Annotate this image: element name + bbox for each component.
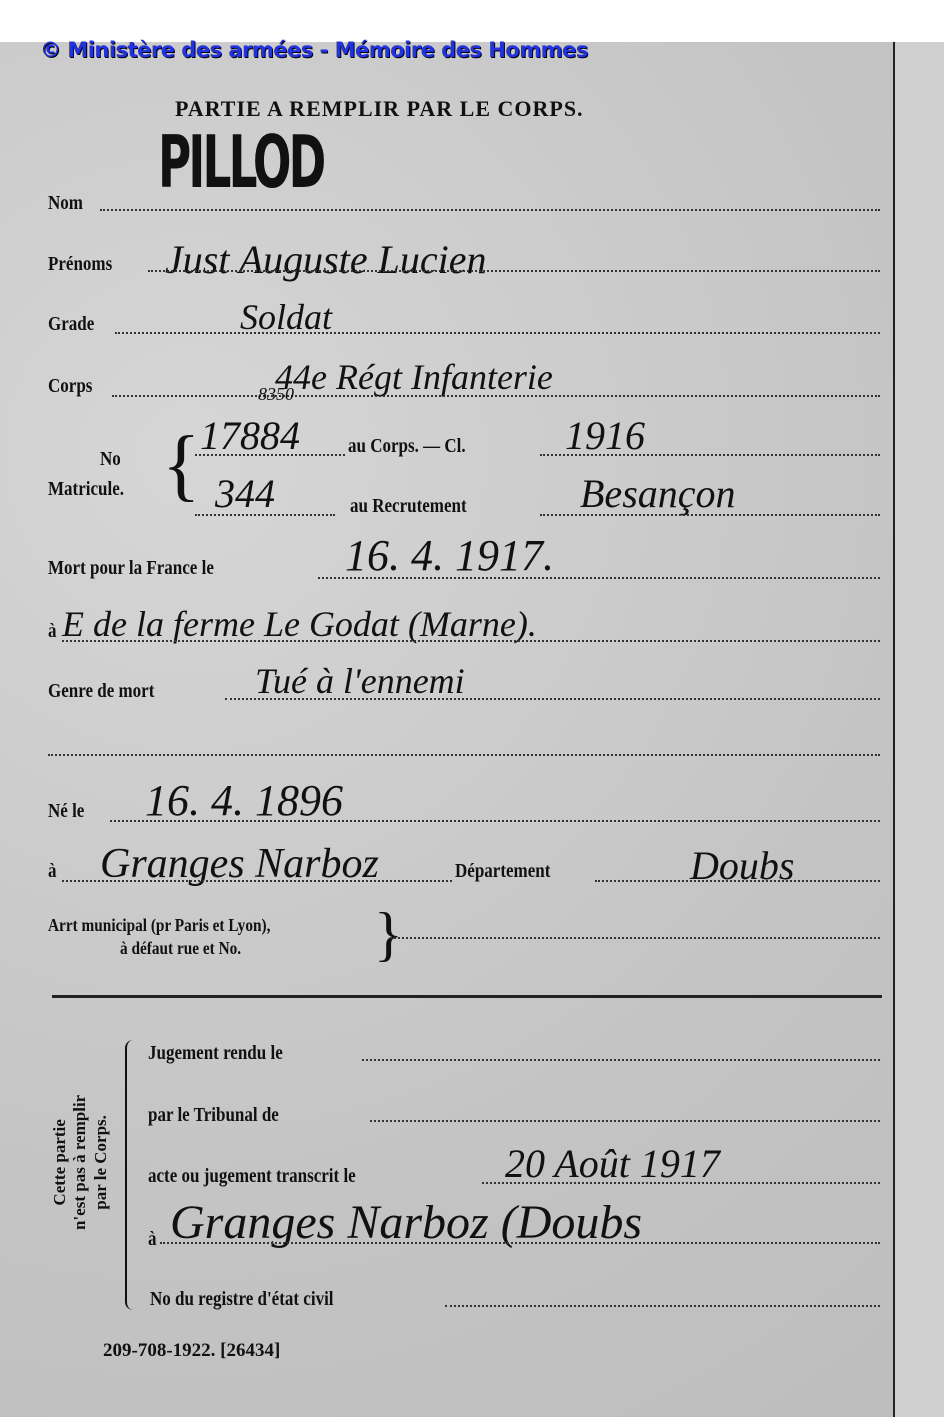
grade-line — [115, 330, 880, 334]
nom-label: Nom — [48, 192, 83, 215]
prenoms-line — [148, 268, 880, 272]
side-note-line-1: Cette partie — [50, 1095, 70, 1230]
page-edge — [893, 42, 944, 1417]
registre-label: No du registre d'état civil — [150, 1288, 334, 1311]
mort-line — [318, 575, 880, 579]
transcrit-line — [482, 1180, 880, 1184]
corps-line — [112, 393, 880, 397]
departement-label: Département — [455, 860, 550, 883]
matricule-brace: { — [162, 420, 200, 511]
prenoms-label: Prénoms — [48, 253, 112, 276]
matricule-recrutement-line — [195, 512, 335, 516]
arrondissement-line — [390, 935, 880, 939]
nom-line — [100, 207, 880, 211]
matricule-corps-label: au Corps. — Cl. — [348, 435, 466, 458]
mort-label: Mort pour la France le — [48, 557, 214, 580]
jugement-line — [362, 1057, 880, 1061]
blank-line — [48, 752, 880, 756]
print-reference: 209-708-1922. [26434] — [103, 1340, 280, 1362]
civil-section-brace — [125, 1040, 137, 1310]
side-note-line-3: par le Corps. — [91, 1095, 111, 1230]
tribunal-line — [370, 1118, 880, 1122]
recrutement-lieu-value: Besançon — [580, 470, 736, 517]
recrutement-lieu-line — [540, 512, 880, 516]
classe-line — [540, 452, 880, 456]
civil-lieu-label: à — [148, 1228, 157, 1251]
matricule-label: Matricule. — [48, 478, 124, 501]
prenoms-value: Just Auguste Lucien — [165, 236, 486, 283]
transcrit-label: acte ou jugement transcrit le — [148, 1165, 356, 1188]
civil-lieu-line — [160, 1240, 880, 1244]
genre-mort-label: Genre de mort — [48, 680, 154, 703]
arrondissement-label-2: à défaut rue et No. — [120, 938, 241, 959]
form-title: PARTIE A REMPLIR PAR LE CORPS. — [175, 96, 584, 122]
registre-line — [445, 1303, 880, 1307]
lieu-mort-label: à — [48, 620, 57, 643]
matricule-corps-line — [195, 452, 345, 456]
arrondissement-label-1: Arrt municipal (pr Paris et Lyon), — [48, 915, 270, 936]
section-divider — [52, 995, 882, 998]
mort-value: 16. 4. 1917. — [345, 530, 554, 581]
matricule-recrutement-label: au Recrutement — [350, 495, 467, 518]
matricule-no-label: No — [100, 448, 121, 471]
tribunal-label: par le Tribunal de — [148, 1104, 279, 1127]
ne-le-label: Né le — [48, 800, 84, 823]
grade-label: Grade — [48, 313, 94, 336]
genre-mort-line — [225, 696, 880, 700]
matricule-superscript: 8350 — [258, 384, 294, 405]
matricule-recrutement-value: 344 — [215, 470, 275, 517]
side-note-line-2: n'est pas à remplir — [70, 1095, 90, 1230]
side-note: Cette partie n'est pas à remplir par le … — [50, 1095, 111, 1230]
corps-value: 44e Régt Infanterie — [275, 356, 553, 398]
ne-le-line — [110, 818, 880, 822]
jugement-label: Jugement rendu le — [148, 1042, 283, 1065]
nom-value: PILLOD — [158, 120, 323, 204]
copyright-watermark: © Ministère des armées - Mémoire des Hom… — [40, 38, 588, 62]
corps-label: Corps — [48, 375, 92, 398]
lieu-naissance-label: à — [48, 860, 57, 883]
lieu-naissance-line — [62, 878, 452, 882]
departement-line — [595, 878, 880, 882]
lieu-mort-line — [62, 638, 880, 642]
